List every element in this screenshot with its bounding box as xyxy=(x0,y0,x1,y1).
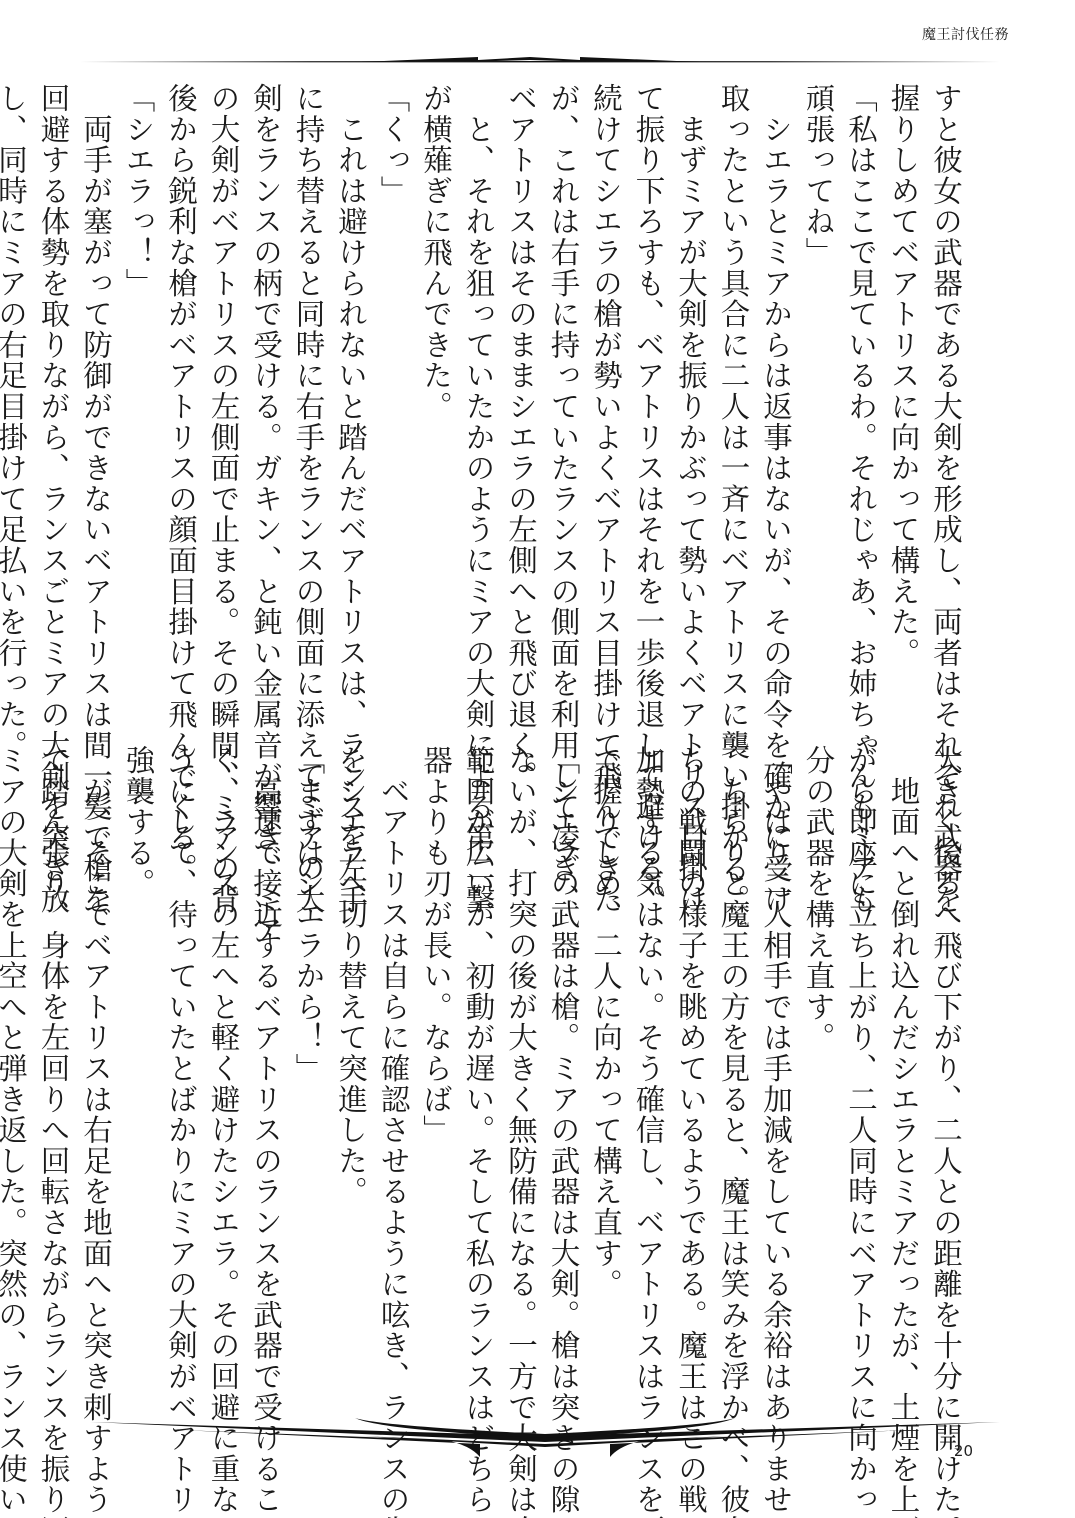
text-line: をシエラへ切り替えて突進した。 xyxy=(330,745,373,1375)
text-line: と、それを狙っていたかのようにミアの大剣による第二撃 xyxy=(457,83,500,713)
text-line: 「やはり二人相手では手加減をしている余裕はありませんか」 xyxy=(755,745,798,1375)
text-line: ベアトリスはそのままシエラの左側へと飛び退く。 xyxy=(500,83,543,713)
text-line: 後から鋭利な槍がベアトリスの顔面目掛けて飛んでくる。 xyxy=(160,83,203,713)
text-line: が、これは右手に持っていたランスの側面を利用して凌ぎ、 xyxy=(542,83,585,713)
text-line: ベアトリスは自らに確認させるように呟き、ランスの先端 xyxy=(372,745,415,1375)
text-line: の大剣がベアトリスの左側面で止まる。その瞬間、ミアの背 xyxy=(202,83,245,713)
text-line: ちらりと魔王の方を見ると、魔王は笑みを浮かべ、彼女た xyxy=(712,745,755,1375)
text-line: し、同時にミアの右足目掛けて足払いを行った。 xyxy=(0,83,32,713)
text-line: 範囲が広いが、初動が遅い。そして私のランスはどちらの武 xyxy=(457,745,500,1375)
text-line: まずミアが大剣を振りかぶって勢いよくベアトリス目掛け xyxy=(670,83,713,713)
text-line: 地面へと倒れ込んだシエラとミアだったが、土煙を上げな xyxy=(882,745,925,1375)
text-line: 器よりも刃が長い。ならば」 xyxy=(415,745,458,1375)
text-line: 「くっ」 xyxy=(372,83,415,713)
text-line: て振り下ろすも、ベアトリスはそれを一歩後退して避ける。 xyxy=(627,83,670,713)
text-line: 「まずはシエラから！」 xyxy=(287,745,330,1375)
text-line: がら即座に立ち上がり、二人同時にベアトリスに向かって自 xyxy=(840,745,883,1375)
text-line: 「シエラの武器は槍。ミアの武器は大剣。槍は突きの隙は少 xyxy=(542,745,585,1375)
page-number: 20 xyxy=(954,1442,973,1460)
text-line: これは避けられないと踏んだベアトリスは、ランスを左手 xyxy=(330,83,373,713)
text-line: ないが、打突の後が大きく無防備になる。一方で大剣は攻撃 xyxy=(500,745,543,1375)
text-line: 加勢する気はない。そう確信し、ベアトリスはランスを両手 xyxy=(627,745,670,1375)
text-line: 分の武器を構え直す。 xyxy=(797,745,840,1375)
text-line: 「私はここで見ているわ。それじゃあ、お姉ちゃんもミアも xyxy=(840,83,883,713)
text-line: 取ったという具合に二人は一斉にベアトリスに襲い掛かる。 xyxy=(712,83,755,713)
text-line: ちの戦闘の様子を眺めているようである。魔王はこの戦いに xyxy=(670,745,713,1375)
text-line: すと彼女の武器である大剣を形成し、両者はそれぞれ武器を xyxy=(925,83,968,713)
text-line: うにして、待っていたとばかりにミアの大剣がベアトリスを xyxy=(160,745,203,1375)
text-line: ミアの大剣を上空へと弾き返した。突然の、ランス使いから xyxy=(0,745,32,1375)
text-line: が横薙ぎに飛んできた。 xyxy=(415,83,458,713)
top-ornament-divider xyxy=(80,50,1000,70)
text-line: 両手が塞がって防御ができないベアトリスは間一髪で槍を xyxy=(75,83,118,713)
text-line: 握りしめてベアトリスに向かって構えた。 xyxy=(882,83,925,713)
text-line: 続けてシエラの槍が勢いよくベアトリス目掛けて飛んできた xyxy=(585,83,628,713)
text-line: 回避する体勢を取りながら、ランスごとミアの大剣を突き放 xyxy=(32,83,75,713)
text-line: 「シエラっ！」 xyxy=(117,83,160,713)
text-line: 剣をランスの柄で受ける。ガキン、と鈍い金属音が響き、ミア xyxy=(245,83,288,713)
text-line: 頑張ってね」 xyxy=(797,83,840,713)
text-line: て踏ん張り、身体を左回りへ回転さながらランスを振り回し、 xyxy=(32,745,75,1375)
text-line: に持ち替えると同時に右手をランスの側面に添えてミアの大 xyxy=(287,83,330,713)
text-upper-block: すと彼女の武器である大剣を形成し、両者はそれぞれ武器を 握りしめてベアトリスに向… xyxy=(122,83,967,713)
text-line: 高速で接近するベアトリスのランスを武器で受けることな xyxy=(245,745,288,1375)
text-line: が、そこでベアトリスは右足を地面へと突き刺すようにし xyxy=(75,745,118,1375)
text-line: 大きく後ろへ飛び下がり、二人との距離を十分に開けた。 xyxy=(925,745,968,1375)
text-lower-block: 大きく後ろへ飛び下がり、二人との距離を十分に開けた。 地面へと倒れ込んだシエラと… xyxy=(122,745,967,1375)
bottom-ornament-divider xyxy=(80,1400,1010,1460)
text-line: シエラとミアからは返事はないが、その命令を確かに受け xyxy=(755,83,798,713)
text-line: で握りしめ、二人に向かって構え直す。 xyxy=(585,745,628,1375)
text-line: く、ランスの左へと軽く避けたシエラ。その回避に重なるよ xyxy=(202,745,245,1375)
running-header: 魔王討伐任務 xyxy=(922,24,1009,44)
text-line: 強襲する。 xyxy=(117,745,160,1375)
